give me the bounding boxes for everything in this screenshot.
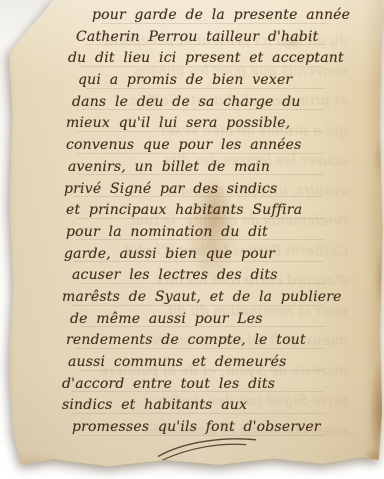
manuscript-line: du dit lieu ici present et acceptant [68,48,384,70]
manuscript-line: garde, aussi bien que pour [64,244,384,266]
manuscript-line: marêsts de Syaut, et de la publiere [62,287,384,309]
manuscript-line: aussi communs et demeurés [68,352,384,374]
manuscript-page: du dit lieu ici present et acceptant con… [0,0,384,479]
manuscript-line: mieux qu'il lui sera possible, [66,113,384,135]
manuscript-line: de même aussi pour Les [70,309,384,331]
paper-wrapper: du dit lieu ici present et acceptant con… [0,0,384,479]
manuscript-line: avenirs, un billet de main [68,157,384,179]
manuscript-line: d'accord entre tout les dits [62,374,384,396]
manuscript-line: qui a promis de bien vexer [78,70,384,92]
manuscript-line: Catherin Perrou tailleur d'habit [76,27,384,49]
manuscript-line: sindics et habitants aux [62,395,384,417]
manuscript-line: acuser les lectres des dits [72,265,384,287]
manuscript-line: privé Signé par des sindics [64,179,384,201]
manuscript-line: pour garde de la presente année [92,5,384,27]
manuscript-line: et principaux habitants Suffira [66,200,384,222]
manuscript-line: convenus que pour les années [66,135,384,157]
manuscript-line: rendements de compte, le tout [66,330,384,352]
manuscript-line: pour la nomination du dit [66,222,384,244]
manuscript-text: pour garde de la presente année Catherin… [0,5,384,439]
scan-background: du dit lieu ici present et acceptant con… [0,0,384,479]
manuscript-line: dans le deu de sa charge du [72,92,384,114]
